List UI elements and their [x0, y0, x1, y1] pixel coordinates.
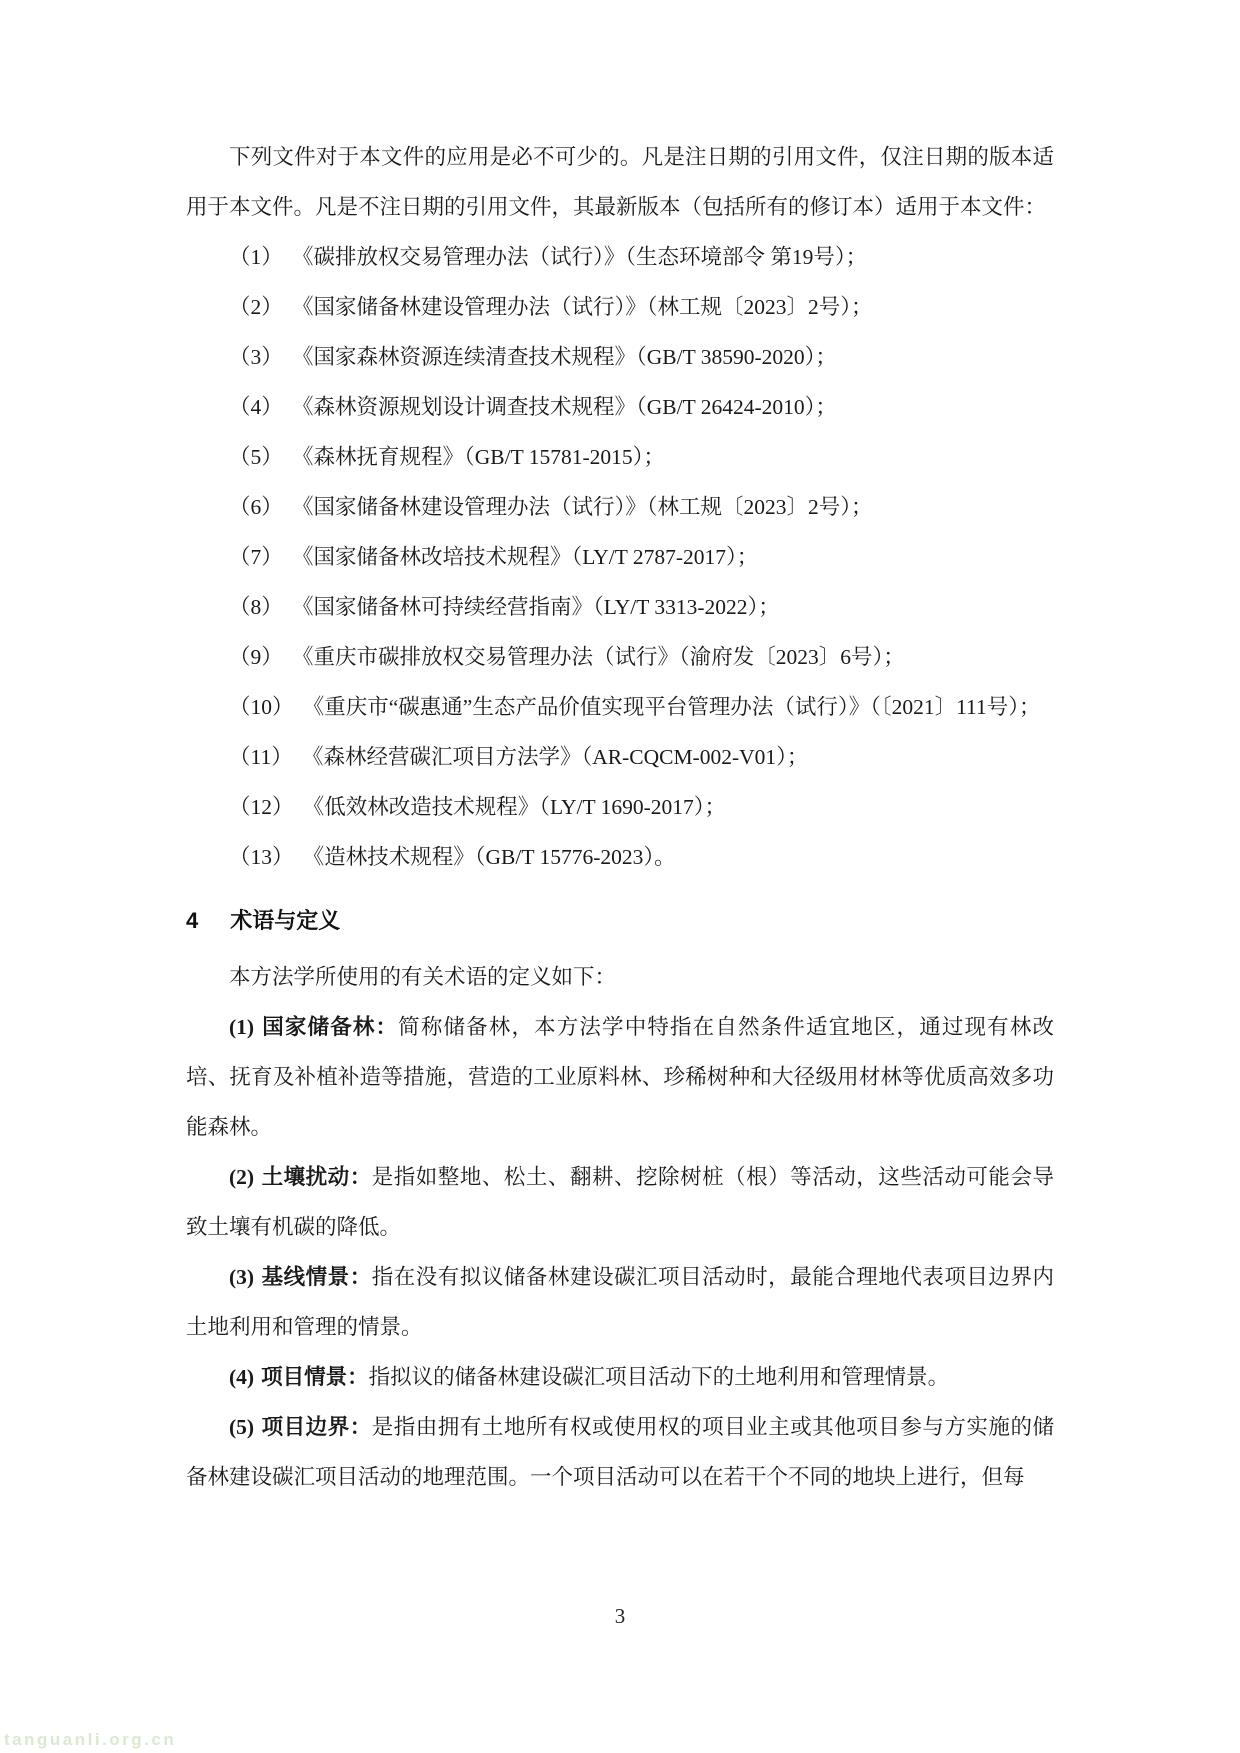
page-number: 3: [0, 1596, 1240, 1636]
definition-number: (3): [229, 1265, 254, 1289]
document-page: 下列文件对于本文件的应用是必不可少的。凡是注日期的引用文件，仅注日期的版本适用于…: [0, 0, 1240, 1753]
definition-number: (5): [229, 1415, 254, 1439]
reference-text: 《重庆市“碳惠通”生态产品价值实现平台管理办法（试行）》（〔2021〕111号）…: [314, 695, 1041, 719]
reference-text: 《森林经营碳汇项目方法学》（AR-CQCM-002-V01）；: [313, 745, 809, 769]
reference-number: （8）: [229, 595, 303, 619]
reference-item: （3）《国家森林资源连续清查技术规程》（GB/T 38590-2020）；: [186, 332, 1054, 382]
reference-item: （10）《重庆市“碳惠通”生态产品价值实现平台管理办法（试行）》（〔2021〕1…: [186, 682, 1054, 732]
reference-item: （4）《森林资源规划设计调查技术规程》（GB/T 26424-2010）；: [186, 382, 1054, 432]
reference-number: （2）: [229, 295, 303, 319]
definition-term: 土壤扰动：: [261, 1165, 372, 1189]
reference-text: 《低效林改造技术规程》（LY/T 1690-2017）；: [314, 795, 727, 819]
definition-text: 指拟议的储备林建设碳汇项目活动下的土地利用和管理情景。: [369, 1365, 950, 1389]
reference-number: （12）: [229, 795, 314, 819]
reference-text: 《国家储备林改培技术规程》（LY/T 2787-2017）；: [303, 545, 759, 569]
reference-item: （6）《国家储备林建设管理办法（试行）》（林工规〔2023〕2号）；: [186, 482, 1054, 532]
reference-number: （4）: [229, 395, 303, 419]
reference-item: （13）《造林技术规程》（GB/T 15776-2023）。: [186, 832, 1054, 882]
reference-number: （5）: [229, 445, 303, 469]
watermark-text: tanguanli.org.cn: [4, 1730, 176, 1750]
definition-term: 基线情景：: [261, 1265, 372, 1289]
reference-text: 《国家储备林可持续经营指南》（LY/T 3313-2022）；: [303, 595, 780, 619]
reference-item: （8）《国家储备林可持续经营指南》（LY/T 3313-2022）；: [186, 582, 1054, 632]
section-title: 术语与定义: [230, 908, 340, 933]
definition-item: (4)项目情景：指拟议的储备林建设碳汇项目活动下的土地利用和管理情景。: [186, 1352, 1054, 1402]
definitions-intro: 本方法学所使用的有关术语的定义如下：: [186, 952, 1054, 1002]
definition-item: (2)土壤扰动：是指如整地、松土、翻耕、挖除树桩（根）等活动，这些活动可能会导致…: [186, 1152, 1054, 1252]
definition-number: (4): [229, 1365, 254, 1389]
reference-text: 《国家森林资源连续清查技术规程》（GB/T 38590-2020）；: [303, 345, 837, 369]
definition-item: (1)国家储备林：简称储备林，本方法学中特指在自然条件适宜地区，通过现有林改培、…: [186, 1002, 1054, 1152]
reference-number: （13）: [229, 845, 314, 869]
reference-text: 《碳排放权交易管理办法（试行）》（生态环境部令 第19号）；: [303, 245, 867, 269]
definition-term: 国家储备林：: [261, 1015, 398, 1039]
reference-number: （9）: [229, 645, 303, 669]
reference-text: 《国家储备林建设管理办法（试行）》（林工规〔2023〕2号）；: [303, 495, 873, 519]
reference-item: （5）《森林抚育规程》（GB/T 15781-2015）；: [186, 432, 1054, 482]
reference-item: （2）《国家储备林建设管理办法（试行）》（林工规〔2023〕2号）；: [186, 282, 1054, 332]
reference-text: 《森林抚育规程》（GB/T 15781-2015）；: [303, 445, 665, 469]
section-heading-terms-definitions: 4术语与定义: [186, 896, 1054, 946]
definition-number: (2): [229, 1165, 254, 1189]
reference-text: 《造林技术规程》（GB/T 15776-2023）。: [314, 845, 676, 869]
intro-paragraph: 下列文件对于本文件的应用是必不可少的。凡是注日期的引用文件，仅注日期的版本适用于…: [186, 132, 1054, 232]
definition-term: 项目情景：: [261, 1365, 369, 1389]
definition-item: (5)项目边界：是指由拥有土地所有权或使用权的项目业主或其他项目参与方实施的储备…: [186, 1402, 1054, 1502]
document-body: 下列文件对于本文件的应用是必不可少的。凡是注日期的引用文件，仅注日期的版本适用于…: [186, 132, 1054, 1502]
reference-number: （10）: [229, 695, 314, 719]
definition-item: (3)基线情景：指在没有拟议储备林建设碳汇项目活动时，最能合理地代表项目边界内土…: [186, 1252, 1054, 1352]
reference-text: 《重庆市碳排放权交易管理办法（试行》（渝府发〔2023〕6号）；: [303, 645, 905, 669]
definition-term: 项目边界：: [261, 1415, 372, 1439]
reference-item: （9）《重庆市碳排放权交易管理办法（试行》（渝府发〔2023〕6号）；: [186, 632, 1054, 682]
reference-number: （7）: [229, 545, 303, 569]
reference-number: （3）: [229, 345, 303, 369]
reference-number: （6）: [229, 495, 303, 519]
reference-text: 《国家储备林建设管理办法（试行）》（林工规〔2023〕2号）；: [303, 295, 873, 319]
section-number: 4: [186, 896, 198, 946]
reference-item: （12）《低效林改造技术规程》（LY/T 1690-2017）；: [186, 782, 1054, 832]
reference-number: （1）: [229, 245, 303, 269]
reference-item: （11）《森林经营碳汇项目方法学》（AR-CQCM-002-V01）；: [186, 732, 1054, 782]
reference-text: 《森林资源规划设计调查技术规程》（GB/T 26424-2010）；: [303, 395, 837, 419]
reference-item: （1）《碳排放权交易管理办法（试行）》（生态环境部令 第19号）；: [186, 232, 1054, 282]
reference-item: （7）《国家储备林改培技术规程》（LY/T 2787-2017）；: [186, 532, 1054, 582]
definition-number: (1): [229, 1015, 254, 1039]
reference-number: （11）: [229, 745, 313, 769]
